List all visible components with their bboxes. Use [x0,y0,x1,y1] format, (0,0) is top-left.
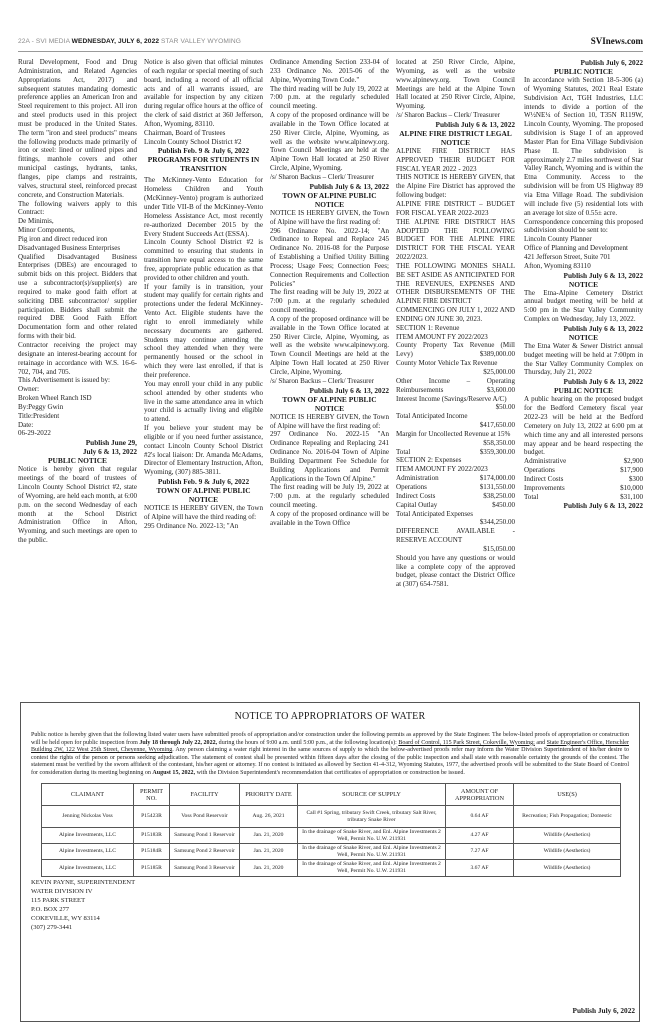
budget-line: Total $31,100 [524,493,643,502]
address-line: Lincoln County Planner [524,235,643,244]
permit-cell: P15185R [134,860,170,876]
paragraph: NOTICE IS HEREBY GIVEN, the Town of Alpi… [270,209,389,227]
column-2: Notice is also given that official minut… [144,58,263,531]
paragraph: You may enroll your child in any public … [144,380,263,424]
budget-line: Improvements $10,000 [524,484,643,493]
table-row: Alpine Investments, LLC P15183R Samsung … [42,828,621,844]
intro-text: during the hours of 9:00 a.m. until 5:00… [217,740,398,746]
facility-cell: Voss Pond Reservoir [170,806,240,828]
location-1: Board of Control, 115 Park Street, Cokev… [398,740,535,746]
difference-label: DIFFERENCE AVAILABLE - RESERVE ACCOUNT [396,527,515,545]
expense-item: Operations $131,550.00 [396,483,515,492]
table-row: Jenning Nickolas Voss P15423R Voss Pond … [42,806,621,828]
owner-name: Broken Wheel Ranch ISD [18,394,137,403]
paragraph: If you believe your student may be eligi… [144,424,263,477]
notice-title: NOTICE TO APPROPRIATORS OF WATER [31,711,629,722]
intro-text: with the Division Superintendent's recom… [195,770,465,776]
paragraph: If your family is in transition, your st… [144,283,263,380]
paragraph: ALPINE FIRE DISTRICT – BUDGET FOR FISCAL… [396,200,515,218]
table-row: Alpine Investments, LLC P15185R Samsung … [42,860,621,876]
line-amount: $10,000 [620,484,643,493]
date-cell: Jan. 21, 2020 [240,828,298,844]
revenue-item: County Motor Vehicle Tax Revenue $25,000… [396,359,515,377]
paragraph: Ordinance Amending Section 233-04 of 233… [270,58,389,85]
line-amount: $25,000.00 [483,368,515,377]
notice-heading: ALPINE FIRE DISTRICT LEGAL NOTICE [396,129,515,147]
region-label: STAR VALLEY WYOMING [161,38,241,45]
column-header: PRIORITY DATE [240,784,298,806]
paragraph: Lincoln County School District #2 [144,138,263,147]
budget-line: Operations $17,900 [524,466,643,475]
permits-table: CLAIMANT PERMIT NO. FACILITY PRIORITY DA… [41,783,621,877]
use-cell: Wildlife (Aesthetics) [514,844,621,860]
column-header: SOURCE OF SUPPLY [298,784,446,806]
revenue-item: Other Income – Operating Reimbursements … [396,377,515,395]
line-label: Interest Income (Savings/Reserve A/C) [396,395,507,403]
facility-cell: Samsung Pond 1 Reservoir [170,828,240,844]
waiver-item: De Minimis, [18,217,137,226]
paragraph: The third reading will be July 19, 2022 … [270,85,389,112]
address-line: Afton, Wyoming 83110 [524,262,643,271]
difference-amount: $15,050.00 [396,545,515,554]
line-amount: $50.00 [496,403,515,412]
line-label: Capital Outlay [396,501,437,510]
paragraph: The first reading will be July 19, 2022 … [270,483,389,510]
signer: By:Peggy Gwin [18,403,137,412]
claimant-cell: Alpine Investments, LLC [42,860,134,876]
paragraph: Chairman, Board of Trustees [144,129,263,138]
paragraph: This Advertisement is issued by: [18,376,137,385]
line-amount: $359,300.00 [480,448,515,457]
column-4: located at 250 River Circle, Alpine, Wyo… [396,58,515,589]
publish-line: Publish July 6 & 13, 2022 [524,324,643,333]
paragraph: A copy of the proposed ordinance will be… [270,111,389,173]
signature: /s/ Sharon Backus – Clerk/ Treasurer [270,173,389,182]
notice-heading: PUBLIC NOTICE [524,67,643,76]
line-label: Operations [524,466,555,475]
site-name[interactable]: SVInews.com [591,36,643,46]
line-amount: $300 [629,475,643,484]
publish-line: Publish July 6 & 13, 2022 [270,386,389,395]
line-label: Operations [396,483,427,492]
total-label: Total Anticipated Expenses [396,510,515,519]
facility-cell: Samsung Pond 3 Reservoir [170,860,240,876]
date-cell: Aug. 26, 2021 [240,806,298,828]
paragraph: 297 Ordinance No. 2022-15 "An Ordinance … [270,430,389,483]
sig-line: WATER DIVISION IV [31,887,629,896]
margin-row: Margin for Uncollected Revenue at 15% $5… [396,430,515,448]
amount-cell: 7.27 AF [446,844,514,860]
paragraph: Notice is also given that official minut… [144,58,263,129]
notice-heading: PUBLIC NOTICE [524,386,643,395]
waiver-item: Minor Components, [18,226,137,235]
notice-heading: TOWN OF ALPINE PUBLIC NOTICE [270,395,389,413]
paragraph: THE FOLLOWING MONIES SHALL BE SET ASIDE … [396,262,515,306]
section-label: SECTION 2: Expenses [396,456,515,465]
expense-item: Indirect Costs $38,250.00 [396,492,515,501]
source-cell: Call #1 Spring, tributary Swift Creek, t… [298,806,446,828]
paragraph: 295 Ordinance No. 2022-13; "An [144,522,263,531]
water-appropriators-notice: NOTICE TO APPROPRIATORS OF WATER Public … [20,702,640,1022]
publish-line: Publish Feb. 9 & July 6, 2022 [144,146,263,155]
date-cell: Jan. 21, 2020 [240,844,298,860]
column-header: FACILITY [170,784,240,806]
section-label: SECTION 1: Revenue [396,324,515,333]
column-1: Rural Development, Food and Drug Adminis… [18,58,137,545]
paragraph: A copy of the proposed ordinance will be… [270,315,389,377]
source-cell: In the drainage of Snake River, and Enl.… [298,844,446,860]
column-3: Ordinance Amending Section 233-04 of 233… [270,58,389,528]
paragraph: NOTICE IS HEREBY GIVEN, the Town of Alpi… [270,413,389,431]
paragraph: COMMENCING ON JULY 1, 2022 AND ENDING ON… [396,306,515,324]
date-label: Date: [18,421,137,430]
paragraph: located at 250 River Circle, Alpine, Wyo… [396,58,515,111]
line-label: Indirect Costs [396,492,435,501]
paragraph: A copy of the proposed ordinance will be… [270,510,389,528]
amount-cell: 3.67 AF [446,860,514,876]
amount-cell: 4.27 AF [446,828,514,844]
sig-line: (307) 279-3441 [31,923,629,932]
total-row: Total $359,300.00 [396,448,515,457]
permit-cell: P15184R [134,844,170,860]
revenue-item: Interest Income (Savings/Reserve A/C) $5… [396,395,515,413]
line-label: Total [524,493,538,502]
paragraph: Qualified Disadvantaged Business Enterpr… [18,253,137,341]
item-header: ITEM AMOUNT FY 2022/2023 [396,333,515,342]
line-amount: $38,250.00 [483,492,515,501]
line-label: Indirect Costs [524,475,563,484]
signer-title: Title:President [18,412,137,421]
facility-cell: Samsung Pond 2 Reservoir [170,844,240,860]
notice-heading: TOWN OF ALPINE PUBLIC NOTICE [144,486,263,504]
line-amount: $2,900 [624,457,643,466]
claimant-cell: Alpine Investments, LLC [42,844,134,860]
line-amount: $450.00 [492,501,515,510]
line-label: County Motor Vehicle Tax Revenue [396,359,497,367]
notice-heading: PROGRAMS FOR STUDENTS IN TRANSITION [144,155,263,173]
total-amount: $417,650.00 [396,421,515,430]
paragraph: The McKinney-Vento Education for Homeles… [144,176,263,238]
sig-line: P.O. BOX 277 [31,905,629,914]
use-cell: Recreation; Fish Propagation; Domestic [514,806,621,828]
publish-line: Publish July 6 & 13, 2022 [524,501,643,510]
paragraph: Notice is hereby given that regular meet… [18,465,137,545]
notice-heading: PUBLIC NOTICE [18,456,137,465]
total-label: Total Anticipated Income [396,412,515,421]
paragraph: The following waivers apply to this Cont… [18,200,137,218]
column-header: USE(S) [514,784,621,806]
paragraph: Contractor receiving the project may des… [18,341,137,376]
line-amount: $131,550.00 [480,483,515,492]
paragraph: Should you have any questions or would l… [396,554,515,589]
budget-line: Indirect Costs $300 [524,475,643,484]
paragraph: 296 Ordinance No. 2022-14; "An Ordinance… [270,227,389,289]
table-row: Alpine Investments, LLC P15184R Samsung … [42,844,621,860]
line-label: Margin for Uncollected Revenue at 15% [396,430,510,438]
sig-line: KEVIN PAYNE, SUPERINTENDENT [31,878,629,887]
line-amount: $3,600.00 [487,386,515,395]
budget-line: Administrative $2,900 [524,457,643,466]
paragraph: The Etna Water & Sewer District annual b… [524,342,643,377]
line-amount: $17,900 [620,466,643,475]
meeting-date: August 15, 2022, [152,770,195,776]
revenue-item: County Property Tax Revenue (Mill Levy) … [396,341,515,359]
sig-line: COKEVILLE, WY 83114 [31,914,629,923]
publish-line: Publish July 6 & 13, 2022 [270,182,389,191]
paragraph: The first reading will be July 19, 2022 … [270,288,389,315]
paragraph: THIS NOTICE IS HEREBY GIVEN, that the Al… [396,173,515,200]
publish-line: July 6 & 13, 2022 [18,447,137,456]
date-cell: Jan. 21, 2020 [240,860,298,876]
page-masthead: 22A - SVI MEDIA WEDNESDAY, JULY 6, 2022 … [18,36,643,52]
publish-line: Publish Feb. 9 & July 6, 2022 [144,477,263,486]
notice-heading: TOWN OF ALPINE PUBLIC NOTICE [270,191,389,209]
source-cell: In the drainage of Snake River, and Enl.… [298,828,446,844]
signature: /s/ Sharon Backus – Clerk/ Treasurer [270,377,389,386]
column-header: AMOUNT OF APPROPRIATION [446,784,514,806]
item-header: ITEM AMOUNT FY 2022/2023 [396,465,515,474]
date-value: 06-29-2022 [18,429,137,438]
masthead-left: 22A - SVI MEDIA WEDNESDAY, JULY 6, 2022 … [18,38,241,45]
table-header-row: CLAIMANT PERMIT NO. FACILITY PRIORITY DA… [42,784,621,806]
claimant-cell: Jenning Nickolas Voss [42,806,134,828]
expense-item: Administration $174,000.00 [396,474,515,483]
paragraph: Rural Development, Food and Drug Adminis… [18,58,137,200]
claimant-cell: Alpine Investments, LLC [42,828,134,844]
paragraph: THE ALPINE FIRE DISTRICT HAS ADOPTED THE… [396,218,515,262]
amount-cell: 0.64 AF [446,806,514,828]
publish-line: Publish July 6 & 13, 2022 [524,271,643,280]
publish-line: Publish June 29, [18,438,137,447]
column-header: CLAIMANT [42,784,134,806]
line-label: Total [396,448,410,456]
paragraph: A public hearing on the proposed budget … [524,395,643,457]
paragraph: The Etna-Alpine Cemetery District annual… [524,289,643,324]
issue-date: WEDNESDAY, JULY 6, 2022 [72,38,159,45]
signature: /s/ Sharon Backus – Clerk/ Treasurer [396,111,515,120]
address-line: Office of Planning and Development [524,244,643,253]
column-header: PERMIT NO. [134,784,170,806]
sig-line: 115 PARK STREET [31,896,629,905]
intro-text: and [535,740,547,746]
legal-columns: Rural Development, Food and Drug Adminis… [18,58,643,683]
inspection-dates: July 18 through July 22, 2022, [139,740,217,746]
use-cell: Wildlife (Aesthetics) [514,828,621,844]
use-cell: Wildlife (Aesthetics) [514,860,621,876]
line-amount: $174,000.00 [480,474,515,483]
permit-cell: P15183R [134,828,170,844]
paragraph: NOTICE IS HEREBY GIVEN, the Town of Alpi… [144,504,263,522]
line-label: Improvements [524,484,565,493]
line-label: Administrative [524,457,566,466]
publish-line: Publish July 6, 2022 [573,1006,635,1015]
permit-cell: P15423R [134,806,170,828]
superintendent-signature: KEVIN PAYNE, SUPERINTENDENT WATER DIVISI… [31,878,629,932]
line-label: Administration [396,474,439,483]
paragraph: Lincoln County School District #2 is com… [144,238,263,282]
notice-intro: Public notice is hereby given that the f… [31,732,629,777]
publish-line: Publish July 6, 2022 [524,58,643,67]
column-5: Publish July 6, 2022 PUBLIC NOTICE In ac… [524,58,643,510]
paragraph: ALPINE FIRE DISTRICT HAS APPROVED THEIR … [396,147,515,174]
total-amount: $344,250.00 [396,518,515,527]
page-number: 22A - SVI MEDIA [18,38,70,45]
paragraph: Correspondence concerning this proposed … [524,218,643,236]
line-amount: $58,350.00 [483,439,515,448]
notice-heading: NOTICE [524,333,643,342]
paragraph: In accordance with Section 18-5-306 (a) … [524,76,643,218]
line-amount: $389,000.00 [480,350,515,359]
notice-heading: NOTICE [524,280,643,289]
line-amount: $31,100 [620,493,643,502]
waiver-item: Pig iron and direct reduced iron [18,235,137,244]
address-line: 421 Jefferson Street, Suite 701 [524,253,643,262]
owner-label: Owner: [18,385,137,394]
source-cell: In the drainage of Snake River, and Enl.… [298,860,446,876]
waiver-item: Disadvantaged Business Enterprises [18,244,137,253]
expense-item: Capital Outlay $450.00 [396,501,515,510]
publish-line: Publish July 6 & 13, 2022 [396,120,515,129]
publish-line: Publish July 6 & 13, 2022 [524,377,643,386]
